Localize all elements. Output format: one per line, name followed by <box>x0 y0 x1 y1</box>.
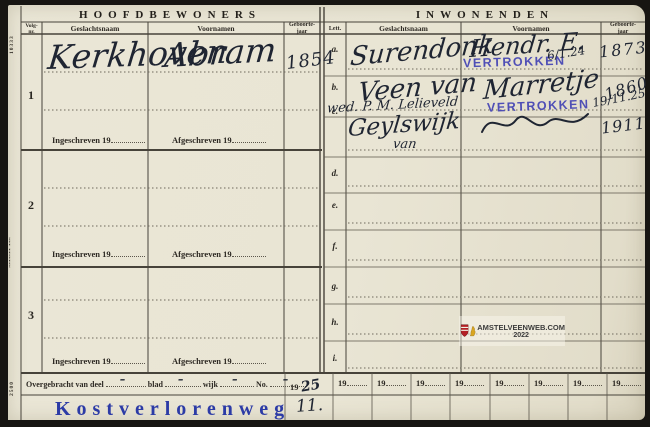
inwonenden-title: INWONENDEN <box>380 9 590 21</box>
year-cell-2: 19 <box>377 378 406 388</box>
col-header-geboortejaar-right: Geboorte- jaar <box>601 22 645 35</box>
afgeschreven-label-1: Afgeschreven 19 <box>172 135 266 145</box>
row-letter-e: e. <box>326 200 344 210</box>
afgeschreven-label-2: Afgeschreven 19 <box>172 249 266 259</box>
year-cell-6: 19 <box>534 378 563 388</box>
deel-dash-handwriting: – <box>120 373 126 386</box>
afgeschreven-label-3: Afgeschreven 19 <box>172 356 266 366</box>
year-cell-8: 19 <box>612 378 641 388</box>
row-c-geslachtsnaam-addition-handwriting: van <box>392 137 418 152</box>
year-cell-4: 19 <box>455 378 484 388</box>
row-letter-h: h. <box>326 317 344 327</box>
hoofdbewoners-title: HOOFDBEWONERS <box>60 9 280 21</box>
col-header-volgnr: Volg- nr. <box>21 23 42 35</box>
blad-dash-handwriting: – <box>178 373 184 386</box>
register-card-scan: 10333 ·•·•·•·•·•·•·•· ·•·•·•· 2500 HOOFD… <box>0 0 650 427</box>
year-cell-1: 19 <box>338 378 367 388</box>
margin-form-number: 10333 <box>9 14 15 54</box>
ingeschreven-label-1: Ingeschreven 19 <box>52 135 145 145</box>
hoofdbewoner-voornamen-handwriting: Abram <box>163 30 278 75</box>
wijk-blank: – <box>220 379 254 387</box>
no-dash-handwriting: – <box>283 373 289 386</box>
house-number-handwriting: 11. <box>295 395 323 417</box>
row-letter-f: f. <box>326 241 344 251</box>
year-cell-0: 1925 <box>290 378 320 394</box>
watermark-text: AMSTELVEENWEB.COM <box>477 323 565 332</box>
row-letter-d: d. <box>326 168 344 178</box>
volgnr-3: 3 <box>21 308 41 323</box>
street-name-stamp: Kostverlorenweg <box>55 398 255 421</box>
overgebracht-row: Overgebracht van deel – blad – wijk – No… <box>26 379 306 389</box>
blad-blank: – <box>165 379 201 387</box>
watermark-year: 2022 <box>477 332 565 339</box>
year-25-handwriting: 25 <box>299 376 321 395</box>
margin-print-run-code: 2500 <box>9 374 15 396</box>
margin-printer-mark: ·•·•·•·•·•·•·•· ·•·•·•· <box>7 150 12 268</box>
volgnr-1: 1 <box>21 88 41 103</box>
col-header-geslachtsnaam-right: Geslachtsnaam <box>346 25 461 33</box>
ingeschreven-label-3: Ingeschreven 19 <box>52 356 145 366</box>
year-cell-5: 19 <box>495 378 524 388</box>
row-letter-g: g. <box>326 281 344 291</box>
year-cell-7: 19 <box>573 378 602 388</box>
col-header-geboortejaar-left: Geboorte- jaar <box>284 22 320 35</box>
row-letter-i: i. <box>326 353 344 363</box>
row-letter-b: b. <box>326 82 344 92</box>
col-header-geslachtsnaam-left: Geslachtsnaam <box>42 25 148 33</box>
ingeschreven-label-2: Ingeschreven 19 <box>52 249 145 259</box>
year-cell-3: 19 <box>416 378 445 388</box>
deel-blank: – <box>106 379 146 387</box>
volgnr-2: 2 <box>21 198 41 213</box>
amstelveenweb-watermark: AMSTELVEENWEB.COM 2022 <box>459 316 565 346</box>
col-header-lett: Lett. <box>324 26 346 33</box>
amstelveen-coat-of-arms-icon <box>459 318 477 344</box>
wijk-dash-handwriting: – <box>232 373 238 386</box>
illegible-signature-scrawl <box>478 106 593 142</box>
